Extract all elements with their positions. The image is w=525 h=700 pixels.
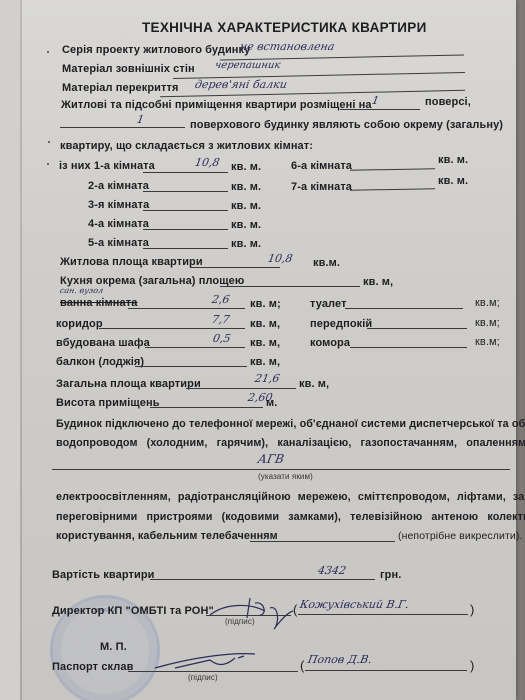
- stamp-label: М. П.: [100, 641, 127, 653]
- closet-line: [145, 347, 245, 348]
- storage-label: комора: [310, 337, 350, 349]
- corridor-unit: кв. м,: [250, 318, 280, 330]
- room-5-line: [143, 248, 228, 249]
- corridor-label: коридор: [56, 318, 103, 330]
- heating-value: АГВ: [257, 452, 285, 466]
- balcony-line: [135, 366, 247, 367]
- room-5-unit: кв. м.: [231, 238, 261, 250]
- bullet-dot: [48, 141, 50, 143]
- storage-line: [350, 347, 467, 348]
- living-area-label: Житлова площа квартири: [60, 256, 203, 268]
- cost-value: 4342: [317, 564, 347, 577]
- director-signature: [205, 593, 295, 633]
- living-area-line: [190, 267, 280, 268]
- walls-value: черепашник: [214, 60, 281, 71]
- location-label: Житлові та підсобні приміщення квартири …: [61, 99, 372, 111]
- utilities-line-5: користування, кабельним телебаченням: [56, 530, 278, 542]
- storage-unit: кв.м;: [475, 336, 500, 348]
- room-1-line: [143, 172, 228, 173]
- balcony-label: балкон (лоджія): [56, 356, 144, 368]
- compiler-signature-hint: (підпис): [188, 673, 218, 682]
- room-3-line: [143, 210, 228, 211]
- room-2-line: [143, 191, 228, 192]
- floors-label: Матеріал перекриття: [62, 82, 179, 94]
- closet-label: вбудована шафа: [56, 337, 150, 349]
- building-suffix: поверхового будинку являють собою окрему…: [190, 119, 503, 131]
- room-7-unit: кв. м.: [438, 175, 468, 187]
- hallway-line: [367, 328, 467, 329]
- room-7-line: [350, 188, 435, 190]
- living-area-value: 10,8: [267, 252, 294, 265]
- closet-unit: кв. м,: [250, 337, 280, 349]
- living-area-unit: кв.м.: [313, 257, 340, 269]
- room-6-unit: кв. м.: [438, 154, 468, 166]
- kitchen-line: [220, 286, 360, 287]
- director-label: Директор КП "ОМБТІ та РОН": [52, 605, 214, 617]
- walls-label: Матеріал зовнішніх стін: [62, 63, 195, 75]
- compiler-signature: [150, 650, 260, 675]
- room-1-unit: кв. м.: [231, 161, 261, 173]
- location-value: 1: [371, 94, 380, 107]
- total-area-line: [186, 388, 296, 389]
- cost-line: [150, 579, 375, 580]
- location-line: [340, 109, 420, 110]
- floors-value: дерев'яні балки: [194, 78, 288, 91]
- page-margin: [0, 0, 21, 700]
- rooms-intro: квартиру, що складається з житлових кімн…: [60, 140, 313, 152]
- total-area-value: 21,6: [254, 372, 281, 385]
- room-4-line: [143, 229, 228, 230]
- balcony-unit: кв. м,: [250, 356, 280, 368]
- room-6-label: 6-а кімната: [291, 160, 352, 172]
- room-3-label: 3-я кімната: [88, 199, 149, 211]
- toilet-line: [345, 308, 463, 309]
- director-signature-hint: (підпис): [225, 617, 255, 626]
- total-area-unit: кв. м,: [299, 378, 329, 390]
- heating-hint: (указати яким): [258, 472, 313, 481]
- toilet-label: туалет: [310, 298, 347, 310]
- room-3-unit: кв. м.: [231, 200, 261, 212]
- heating-line: [52, 469, 510, 470]
- corridor-line: [99, 328, 245, 329]
- height-line: [150, 407, 263, 408]
- director-name-line: [298, 614, 468, 615]
- cost-unit: грн.: [380, 569, 401, 581]
- hallway-label: передпокій: [310, 318, 372, 330]
- room-2-unit: кв. м.: [231, 181, 261, 193]
- series-label: Серія проекту житлового будинку: [62, 44, 250, 56]
- room-1-value: 10,8: [194, 156, 221, 169]
- bathroom-value: 2,6: [211, 293, 231, 306]
- compiler-name: Попов Д.В.: [307, 653, 373, 666]
- room-4-label: 4-а кімната: [88, 218, 149, 230]
- cost-label: Вартість квартири: [52, 569, 155, 581]
- document-title: ТЕХНІЧНА ХАРАКТЕРИСТИКА КВАРТИРИ: [142, 20, 427, 35]
- utilities-line-3: електроосвітленням, радіотрансляційною м…: [56, 491, 525, 503]
- total-area-label: Загальна площа квартири: [56, 378, 201, 390]
- toilet-unit: кв.м;: [475, 297, 500, 309]
- height-label: Висота приміщень: [56, 397, 160, 409]
- series-value: не встановлена: [239, 40, 336, 53]
- bathroom-label: ванна кімната: [60, 297, 137, 309]
- building-line: [60, 127, 185, 128]
- location-suffix: поверсі,: [425, 96, 471, 108]
- bathroom-correction: сан. вузол: [59, 286, 104, 295]
- utilities-line-4: переговірними пристроями (кодовими замка…: [56, 511, 525, 523]
- compiler-label: Паспорт склав: [52, 661, 133, 673]
- compiler-name-line: [305, 670, 467, 671]
- kitchen-unit: кв. м,: [363, 276, 393, 288]
- page-fold: [20, 0, 22, 700]
- hallway-unit: кв.м;: [475, 317, 500, 329]
- room-5-label: 5-а кімната: [88, 237, 149, 249]
- utilities-line-2: водопроводом (холодним, гарячим), каналі…: [56, 437, 525, 449]
- room-1-label: із них 1-а кімната: [59, 160, 155, 172]
- document-page: ТЕХНІЧНА ХАРАКТЕРИСТИКА КВАРТИРИ Серія п…: [0, 0, 516, 700]
- room-7-label: 7-а кімната: [291, 181, 352, 193]
- corridor-value: 7,7: [211, 313, 231, 326]
- bathroom-line: [128, 308, 245, 309]
- utilities-line-5-hint: (непотрібне викреслити).: [398, 530, 522, 542]
- bullet-dot: [47, 51, 49, 53]
- room-6-line: [350, 168, 435, 170]
- room-2-label: 2-а кімната: [88, 180, 149, 192]
- bathroom-unit: кв. м;: [250, 298, 281, 310]
- closet-value: 0,5: [212, 332, 232, 345]
- height-unit: м.: [266, 397, 277, 409]
- room-4-unit: кв. м.: [231, 219, 261, 231]
- bullet-dot: [47, 163, 49, 165]
- director-name: Кожухівський В.Г.: [299, 598, 410, 611]
- cable-tv-line: [250, 541, 395, 542]
- utilities-line-1: Будинок підключено до телефонної мережі,…: [56, 418, 525, 430]
- building-value: 1: [136, 113, 145, 126]
